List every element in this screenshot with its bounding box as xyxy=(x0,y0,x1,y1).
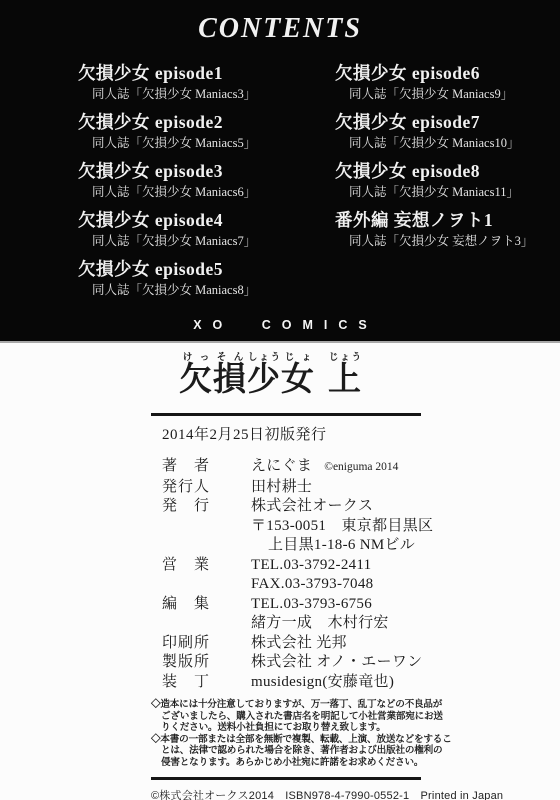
legal-note-line: とは、法律で認められた場合を除き、著作者および出版社の権利の xyxy=(151,745,421,757)
book-page: CONTENTS 欠損少女 episode1 同人誌「欠損少女 Maniacs3… xyxy=(0,0,560,800)
row-label: 著 者 xyxy=(162,457,251,477)
row-label: 発行人 xyxy=(162,478,251,498)
contents-section: CONTENTS 欠損少女 episode1 同人誌「欠損少女 Maniacs3… xyxy=(0,0,560,343)
book-title-char: 少しょう xyxy=(247,362,281,398)
toc-entry-source: 同人誌「欠損少女 Maniacs8」 xyxy=(78,282,335,298)
colophon-row: 上目黒1-18-6 NMビル xyxy=(151,536,421,556)
toc-entry: 欠損少女 episode4 同人誌「欠損少女 Maniacs7」 xyxy=(78,209,335,249)
toc-entry-title: 欠損少女 episode2 xyxy=(78,111,335,133)
row-label: 製版所 xyxy=(162,653,251,673)
row-value: musidesign(安藤竜也) xyxy=(251,673,394,693)
toc-entry: 欠損少女 episode5 同人誌「欠損少女 Maniacs8」 xyxy=(78,258,335,298)
row-value: 緒方一成 木村行宏 xyxy=(251,614,389,634)
legal-note-line: ◇本書の一部または全部を無断で複製、転載、上演、放送などをするこ xyxy=(151,734,421,746)
toc-entry-source: 同人誌「欠損少女 Maniacs6」 xyxy=(78,184,335,200)
row-value: TEL.03-3792-2411 xyxy=(251,556,371,576)
colophon-row: 発行人 田村耕士 xyxy=(151,478,421,498)
row-value: TEL.03-3793-6756 xyxy=(251,595,372,615)
colophon-block: 欠けっ損そん少しょう女じょ上じょう 2014年2月25日初版発行 著 者 えにぐ… xyxy=(151,343,421,800)
row-value: えにぐま xyxy=(251,457,312,477)
imprint-label: XO COMICS xyxy=(0,318,560,332)
divider xyxy=(151,413,421,416)
row-label: 営 業 xyxy=(162,556,251,576)
row-value: 〒153-0051 東京都目黒区 xyxy=(251,517,433,537)
row-value: FAX.03-3793-7048 xyxy=(251,575,373,595)
contents-title: CONTENTS xyxy=(0,0,560,45)
toc-left-column: 欠損少女 episode1 同人誌「欠損少女 Maniacs3」 欠損少女 ep… xyxy=(78,62,335,307)
row-value: 株式会社オークス xyxy=(251,497,373,517)
toc-entry-title: 欠損少女 episode5 xyxy=(78,258,335,280)
row-value: 株式会社 オノ・エーワン xyxy=(251,653,422,673)
row-label: 印刷所 xyxy=(162,634,251,654)
legal-note-line: ◇造本には十分注意しておりますが、万一落丁、乱丁などの不良品が xyxy=(151,699,421,711)
row-value: 株式会社 光邦 xyxy=(251,634,347,654)
book-title: 欠けっ損そん少しょう女じょ上じょう xyxy=(151,353,421,409)
toc-entry: 欠損少女 episode3 同人誌「欠損少女 Maniacs6」 xyxy=(78,160,335,200)
toc-entry-source: 同人誌「欠損少女 Maniacs10」 xyxy=(335,135,550,151)
toc-entry-title: 欠損少女 episode7 xyxy=(335,111,550,133)
toc-entry-source: 同人誌「欠損少女 Maniacs5」 xyxy=(78,135,335,151)
colophon-row: 営 業 TEL.03-3792-2411 xyxy=(151,556,421,576)
toc-entry-source: 同人誌「欠損少女 Maniacs3」 xyxy=(78,86,335,102)
colophon-row: 印刷所 株式会社 光邦 xyxy=(151,634,421,654)
colophon-row: 編 集 TEL.03-3793-6756 xyxy=(151,595,421,615)
copyright-line: ©株式会社オークス2014 ISBN978-4-7990-0552-1 Prin… xyxy=(151,787,421,800)
toc-entry-source: 同人誌「欠損少女 妄想ノヲト3」 xyxy=(335,233,550,249)
book-title-char: 損そん xyxy=(213,362,247,398)
colophon-row: 〒153-0051 東京都目黒区 xyxy=(151,517,421,537)
legal-note-line: りください。送料小社負担にてお取り替え致します。 xyxy=(151,722,421,734)
toc-entry-title: 欠損少女 episode6 xyxy=(335,62,550,84)
toc-entry-source: 同人誌「欠損少女 Maniacs9」 xyxy=(335,86,550,102)
toc-entry-title: 欠損少女 episode3 xyxy=(78,160,335,182)
colophon-row: 著 者 えにぐま ©eniguma 2014 xyxy=(151,457,421,478)
toc-entry: 欠損少女 episode8 同人誌「欠損少女 Maniacs11」 xyxy=(335,160,550,200)
toc-entry-source: 同人誌「欠損少女 Maniacs7」 xyxy=(78,233,335,249)
legal-note-line: 侵害となります。あらかじめ小社宛に許諾をお求めください。 xyxy=(151,757,421,769)
toc-entry: 番外編 妄想ノヲト1 同人誌「欠損少女 妄想ノヲト3」 xyxy=(335,209,550,249)
toc-entry: 欠損少女 episode2 同人誌「欠損少女 Maniacs5」 xyxy=(78,111,335,151)
row-label: 編 集 xyxy=(162,595,251,615)
divider xyxy=(151,777,421,780)
colophon-row: FAX.03-3793-7048 xyxy=(151,575,421,595)
colophon-row: 装 丁 musidesign(安藤竜也) xyxy=(151,673,421,693)
colophon-row: 緒方一成 木村行宏 xyxy=(151,614,421,634)
row-note: ©eniguma 2014 xyxy=(324,458,398,478)
legal-notes: ◇造本には十分注意しておりますが、万一落丁、乱丁などの不良品が ございましたら、… xyxy=(151,699,421,768)
table-of-contents: 欠損少女 episode1 同人誌「欠損少女 Maniacs3」 欠損少女 ep… xyxy=(0,62,560,307)
toc-entry-title: 欠損少女 episode1 xyxy=(78,62,335,84)
row-value: 田村耕士 xyxy=(251,478,312,498)
row-label: 発 行 xyxy=(162,497,251,517)
toc-entry-title: 番外編 妄想ノヲト1 xyxy=(335,209,550,231)
toc-entry-source: 同人誌「欠損少女 Maniacs11」 xyxy=(335,184,550,200)
toc-entry-title: 欠損少女 episode8 xyxy=(335,160,550,182)
toc-entry: 欠損少女 episode1 同人誌「欠損少女 Maniacs3」 xyxy=(78,62,335,102)
colophon-row: 発 行 株式会社オークス xyxy=(151,497,421,517)
row-label: 装 丁 xyxy=(162,673,251,693)
legal-note-line: ございましたら、購入された書店名を明記して小社営業部宛にお送 xyxy=(151,711,421,723)
toc-entry: 欠損少女 episode6 同人誌「欠損少女 Maniacs9」 xyxy=(335,62,550,102)
colophon-section: 欠けっ損そん少しょう女じょ上じょう 2014年2月25日初版発行 著 者 えにぐ… xyxy=(0,343,560,798)
toc-right-column: 欠損少女 episode6 同人誌「欠損少女 Maniacs9」 欠損少女 ep… xyxy=(335,62,550,307)
colophon-rows: 著 者 えにぐま ©eniguma 2014 発行人 田村耕士 発 行 株式会社… xyxy=(151,457,421,692)
book-title-char: 女じょ xyxy=(281,362,315,398)
toc-entry: 欠損少女 episode7 同人誌「欠損少女 Maniacs10」 xyxy=(335,111,550,151)
book-title-char: 欠けっ xyxy=(179,362,213,398)
book-title-char: 上じょう xyxy=(328,362,362,398)
row-value: 上目黒1-18-6 NMビル xyxy=(251,536,415,556)
edition-date: 2014年2月25日初版発行 xyxy=(151,423,421,444)
colophon-row: 製版所 株式会社 オノ・エーワン xyxy=(151,653,421,673)
toc-entry-title: 欠損少女 episode4 xyxy=(78,209,335,231)
